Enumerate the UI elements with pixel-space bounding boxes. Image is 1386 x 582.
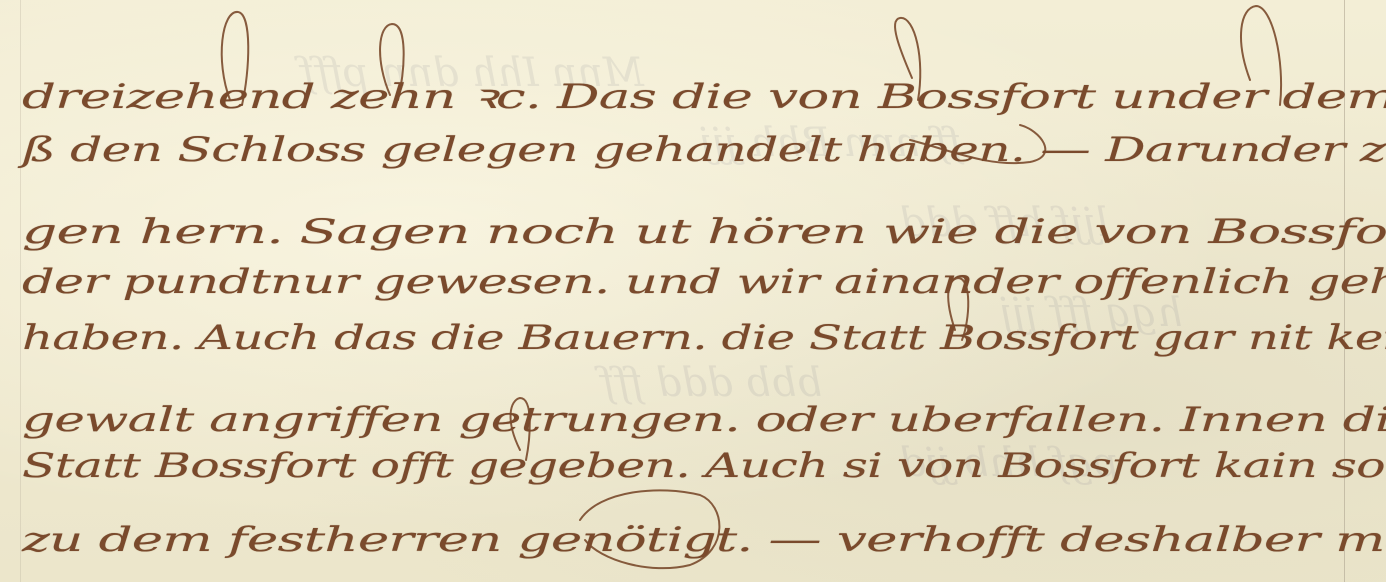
manuscript-line-2: ß den Schloss gelegen gehandelt haben. —… [22,130,1386,170]
manuscript-text: dreizehend zehn ꝛc. Das die von Bossfort… [0,0,1386,582]
manuscript-line-3: gen hern. Sagen noch ut hören wie die vo… [22,212,1386,252]
manuscript-line-5: haben. Auch das die Bauern. die Statt Bo… [22,318,1386,358]
manuscript-line-7: Statt Bossfort offt gegeben. Auch si von… [22,446,1386,486]
manuscript-line-4: der pundtnur gewesen. und wir ainander o… [22,262,1386,302]
manuscript-line-8: zu dem festherren genötigt. — verhofft d… [22,520,1386,560]
manuscript-line-1: dreizehend zehn ꝛc. Das die von Bossfort… [22,72,1386,118]
manuscript-page: Mnn Ihh dnn pfff ff nnn Bhh jjj ljjf hff… [0,0,1386,582]
manuscript-line-6: gewalt angriffen getrungen. oder uberfal… [22,400,1386,440]
